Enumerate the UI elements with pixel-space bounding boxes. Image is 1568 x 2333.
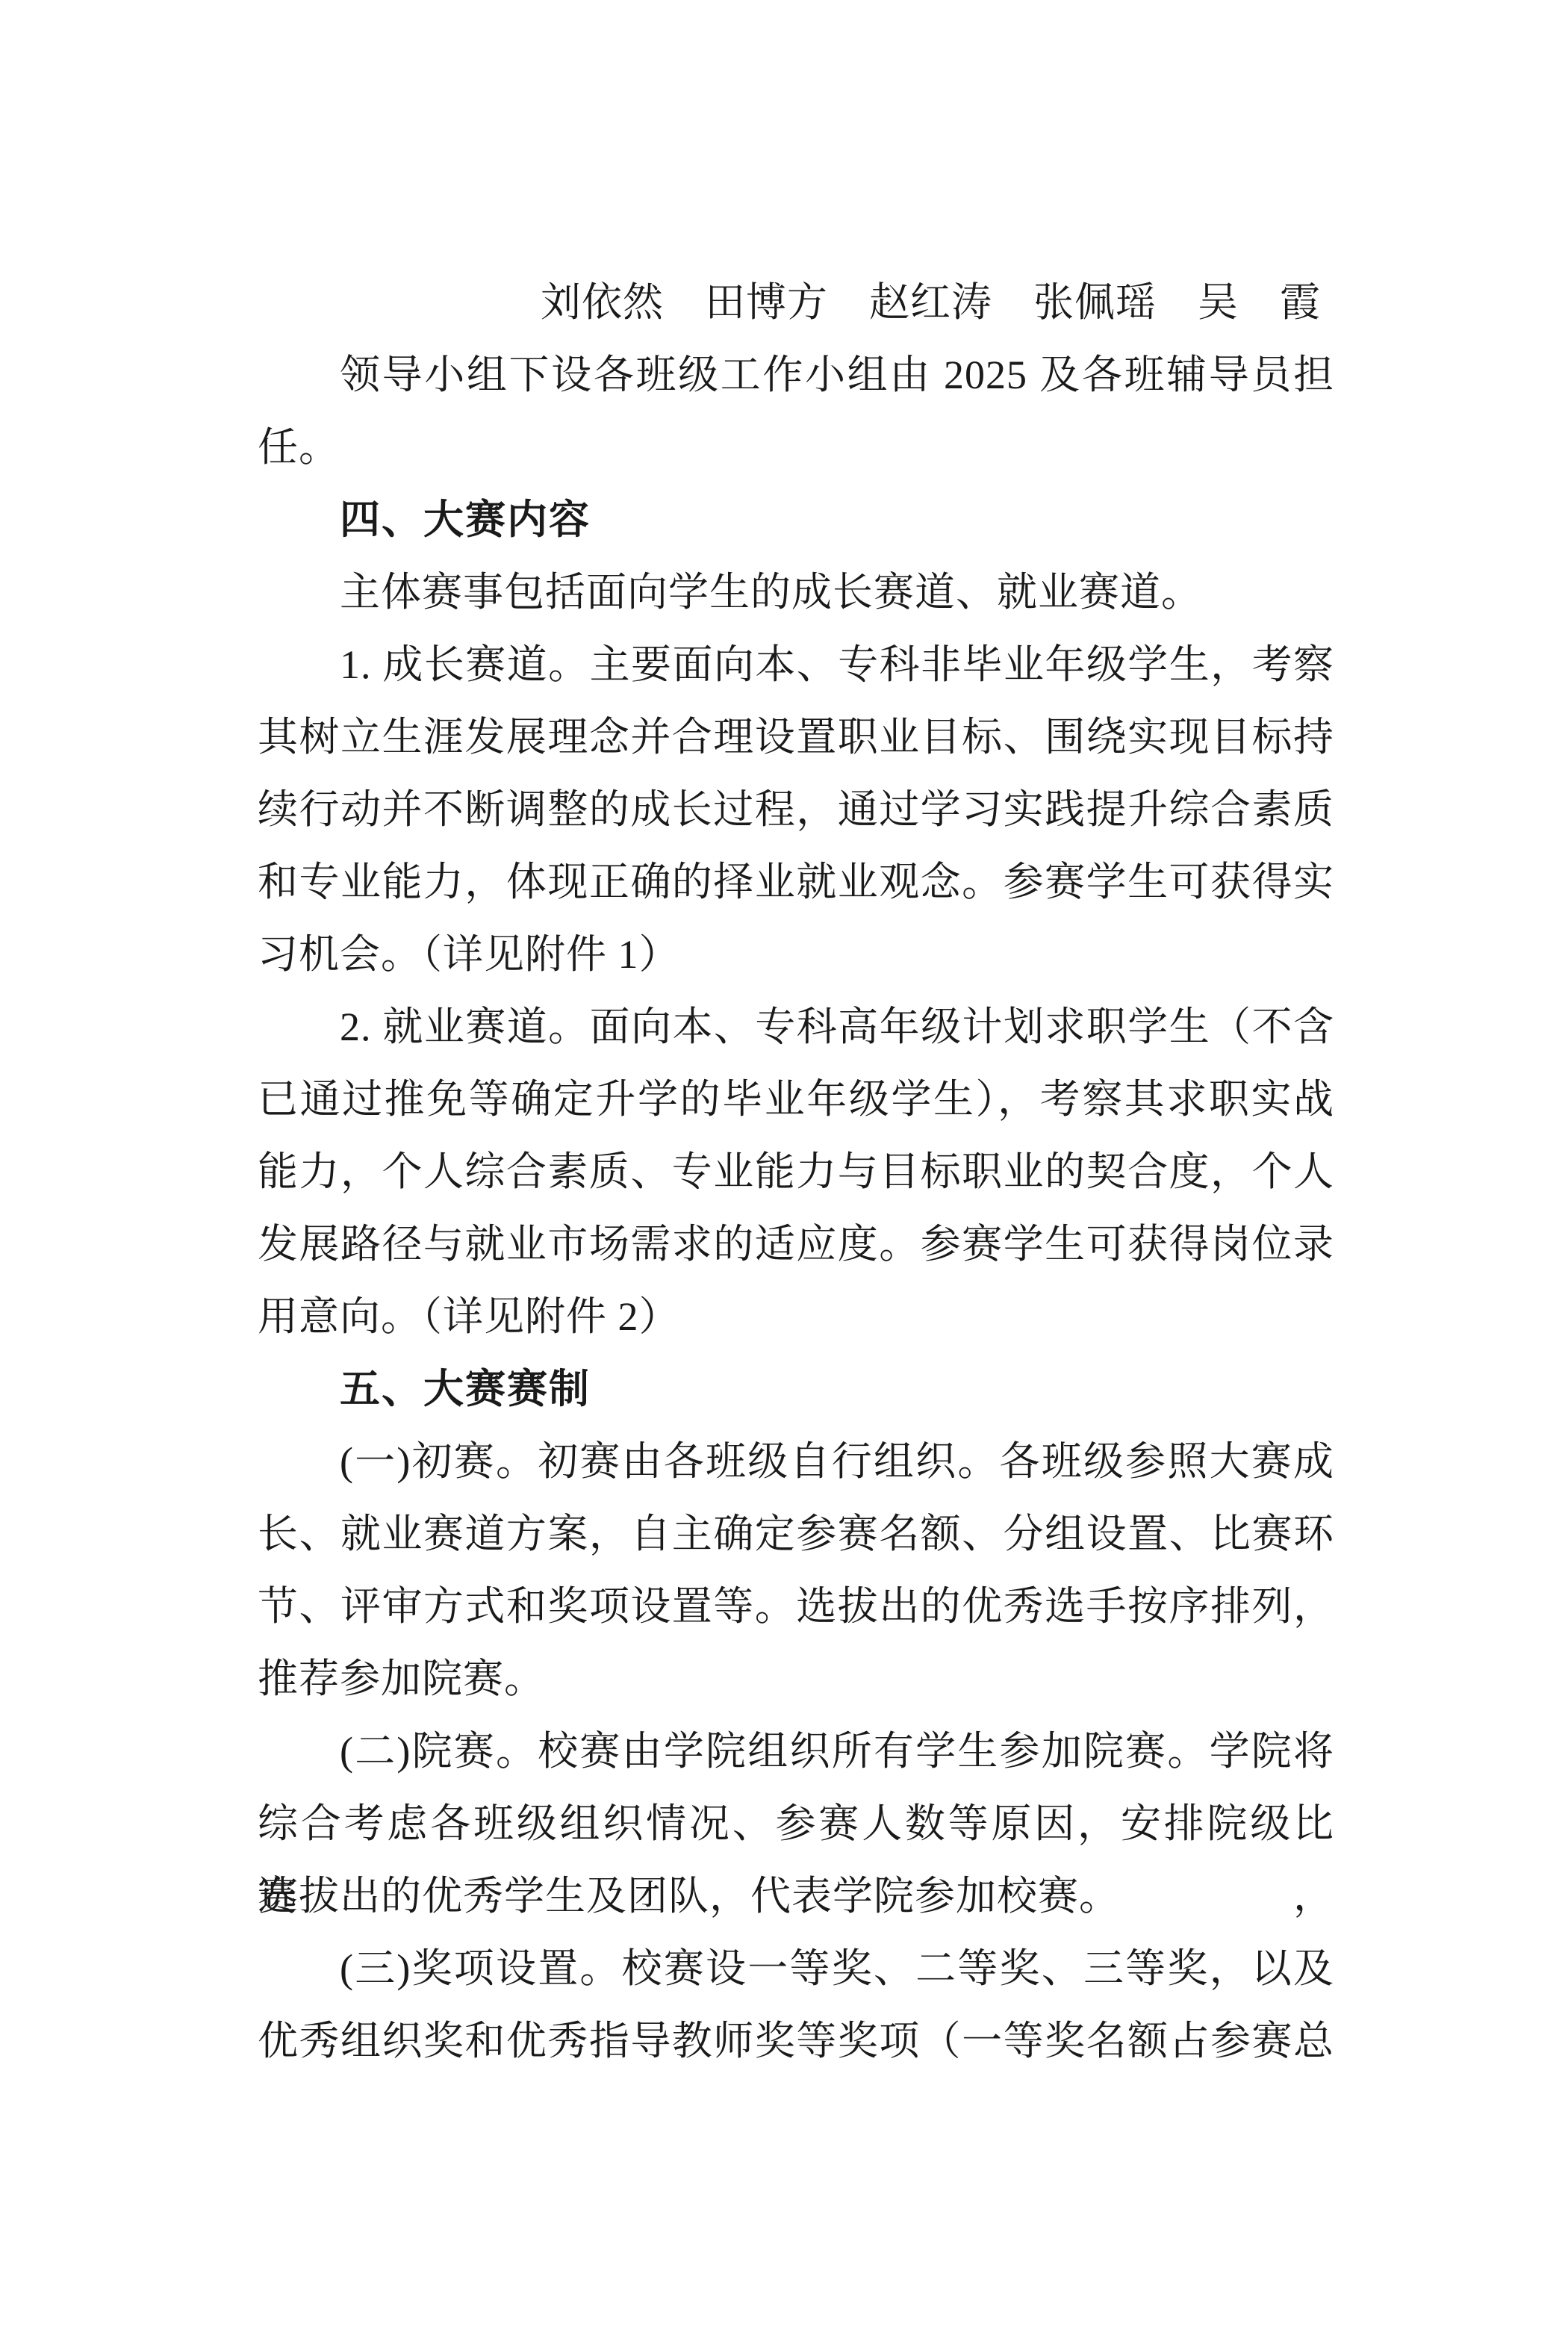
text-line: 任。 [258, 411, 1334, 484]
text-line: 发展路径与就业市场需求的适应度。参赛学生可获得岗位录 [258, 1208, 1334, 1281]
text-line: 领导小组下设各班级工作小组由 2025 及各班辅导员担 [258, 339, 1334, 411]
heading-section-4-competition-content: 四、大赛内容 [258, 484, 1334, 556]
text-line: (二)院赛。校赛由学院组织所有学生参加院赛。学院将 [258, 1715, 1334, 1788]
text-line: 其树立生涯发展理念并合理设置职业目标、围绕实现目标持 [258, 701, 1334, 774]
text-line: 综合考虑各班级组织情况、参赛人数等原因，安排院级比赛， [258, 1788, 1334, 1860]
text-line: 能力，个人综合素质、专业能力与目标职业的契合度，个人 [258, 1136, 1334, 1208]
text-line: 续行动并不断调整的成长过程，通过学习实践提升综合素质 [258, 774, 1334, 846]
text-line: 主体赛事包括面向学生的成长赛道、就业赛道。 [258, 556, 1334, 629]
text-line: 优秀组织奖和优秀指导教师奖等奖项（一等奖名额占参赛总 [258, 2005, 1334, 2078]
text-line: 长、就业赛道方案，自主确定参赛名额、分组设置、比赛环 [258, 1498, 1334, 1571]
text-block: 刘依然 田博方 赵红涛 张佩瑶 吴 霞 领导小组下设各班级工作小组由 2025 … [258, 267, 1334, 2078]
text-line: 1. 成长赛道。主要面向本、专科非毕业年级学生，考察 [258, 629, 1334, 701]
leadership-names-line: 刘依然 田博方 赵红涛 张佩瑶 吴 霞 [258, 267, 1334, 339]
text-line: (一)初赛。初赛由各班级自行组织。各班级参照大赛成 [258, 1426, 1334, 1498]
document-page: 刘依然 田博方 赵红涛 张佩瑶 吴 霞 领导小组下设各班级工作小组由 2025 … [0, 0, 1568, 2333]
text-line: 节、评审方式和奖项设置等。选拔出的优秀选手按序排列， [258, 1571, 1334, 1643]
heading-section-5-competition-format: 五、大赛赛制 [258, 1353, 1334, 1426]
text-line: (三)奖项设置。校赛设一等奖、二等奖、三等奖，以及 [258, 1933, 1334, 2005]
text-line: 2. 就业赛道。面向本、专科高年级计划求职学生（不含 [258, 991, 1334, 1063]
text-line: 推荐参加院赛。 [258, 1643, 1334, 1715]
text-line: 用意向。（详见附件 2） [258, 1281, 1334, 1353]
text-line: 已通过推免等确定升学的毕业年级学生），考察其求职实战 [258, 1063, 1334, 1136]
text-line: 习机会。（详见附件 1） [258, 919, 1334, 991]
text-line: 和专业能力，体现正确的择业就业观念。参赛学生可获得实 [258, 846, 1334, 919]
